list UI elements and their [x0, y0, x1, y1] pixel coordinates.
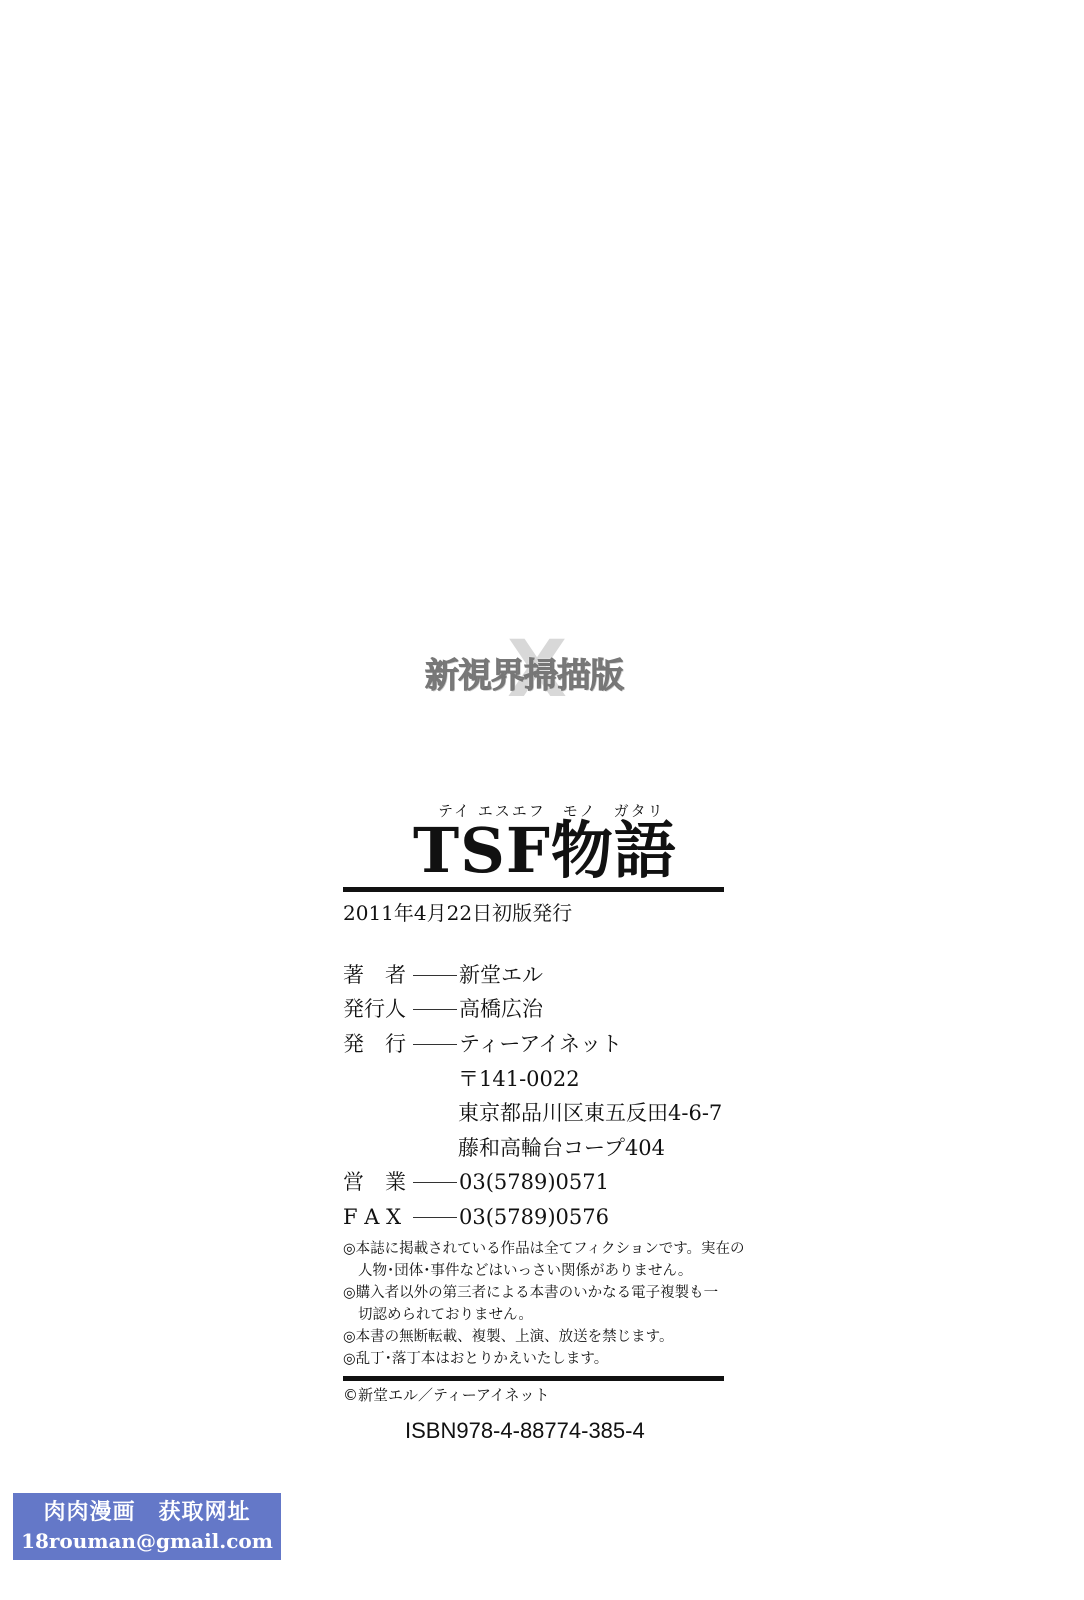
note-line: ◎乱丁･落丁本はおとりかえいたします。 [343, 1348, 745, 1370]
leader-dash [413, 1182, 457, 1183]
contact-label: 営 業 [343, 1167, 413, 1197]
credit-label: 発行人 [343, 994, 413, 1024]
note-line: 切認められておりません。 [343, 1304, 745, 1326]
note-line: ◎購入者以外の第三者による本書のいかなる電子複製も一 [343, 1282, 745, 1304]
banner-email: 18rouman@gmail.com [13, 1528, 281, 1554]
leader-dash [413, 1044, 457, 1045]
scan-group-watermark: X 新視界掃描版 [425, 630, 645, 710]
site-banner: 肉肉漫画 获取网址 18rouman@gmail.com [13, 1493, 281, 1560]
copyright-notice: ©新堂エル／ティーアイネット [343, 1384, 550, 1405]
credit-row-publisher: 発 行 ティーアイネット [343, 1029, 622, 1059]
postal-code: 〒141-0022 [458, 1064, 580, 1094]
credit-value: ティーアイネット [459, 1029, 622, 1059]
contact-value: 03(5789)0576 [459, 1202, 609, 1232]
credit-row-author: 著 者 新堂エル [343, 960, 543, 990]
note-line: ◎本書の無断転載、複製、上演、放送を禁じます。 [343, 1326, 745, 1348]
credit-row-publisher-person: 発行人 高橋広治 [343, 994, 543, 1024]
book-title: TSF物語 [413, 816, 677, 886]
leader-dash [413, 1009, 457, 1010]
address-line-2: 藤和高輪台コープ404 [458, 1133, 665, 1163]
credit-value: 新堂エル [459, 960, 543, 990]
isbn-number: ISBN978-4-88774-385-4 [405, 1418, 645, 1444]
leader-dash [413, 975, 457, 976]
watermark-text: 新視界掃描版 [425, 648, 623, 697]
credit-value: 高橋広治 [459, 994, 543, 1024]
contact-value: 03(5789)0571 [459, 1167, 609, 1197]
top-rule-divider [343, 887, 724, 892]
legal-notes: ◎本誌に掲載されている作品は全てフィクションです。実在の 人物･団体･事件などは… [343, 1238, 745, 1370]
address-line-1: 東京都品川区東五反田4-6-7 [458, 1098, 722, 1128]
contact-row-fax: F A X 03(5789)0576 [343, 1202, 609, 1232]
contact-label: F A X [343, 1202, 413, 1232]
contact-row-sales: 営 業 03(5789)0571 [343, 1167, 609, 1197]
bottom-rule-divider [343, 1376, 724, 1381]
credit-label: 著 者 [343, 960, 413, 990]
banner-title: 肉肉漫画 获取网址 [13, 1498, 281, 1528]
note-line: 人物･団体･事件などはいっさい関係がありません。 [343, 1260, 745, 1282]
note-line: ◎本誌に掲載されている作品は全てフィクションです。実在の [343, 1238, 745, 1260]
publication-date: 2011年4月22日初版発行 [343, 897, 572, 926]
leader-dash [413, 1217, 457, 1218]
credit-label: 発 行 [343, 1029, 413, 1059]
